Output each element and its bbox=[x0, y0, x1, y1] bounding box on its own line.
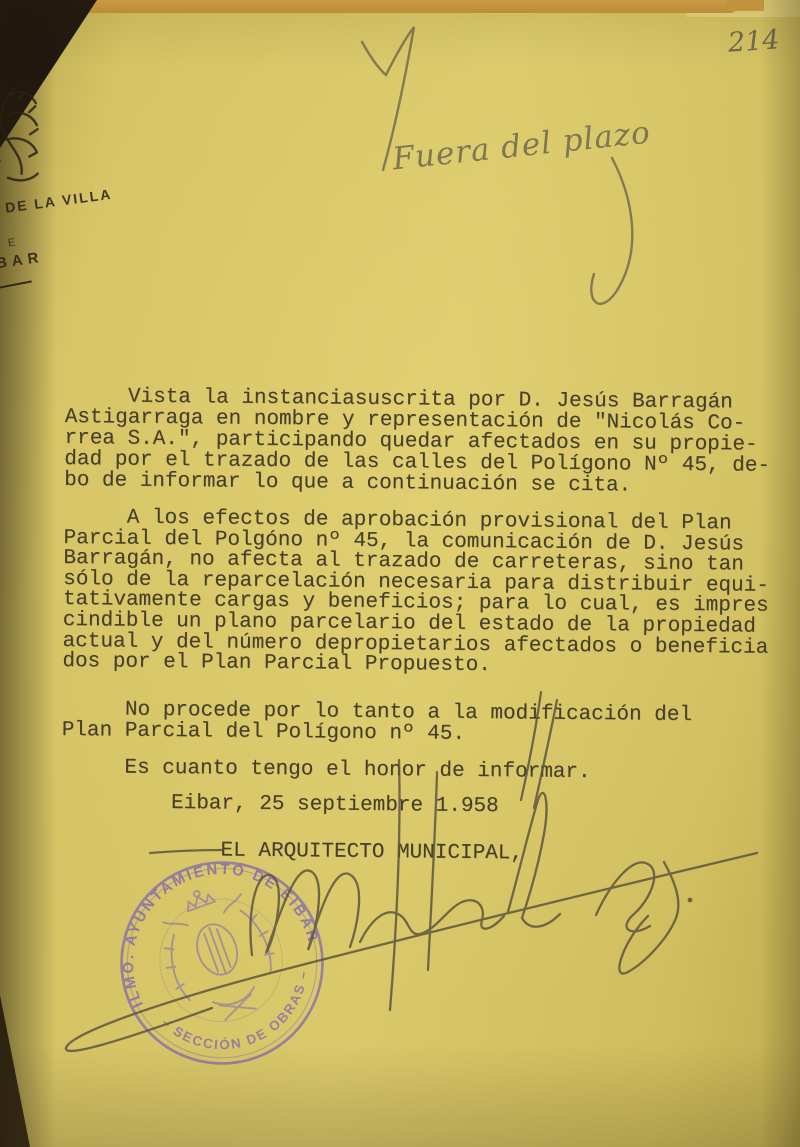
body-paragraph-2: A los efectos de aprobación provisional … bbox=[62, 508, 769, 680]
body-paragraph-4: Es cuanto tengo el honor de informar. bbox=[61, 757, 590, 783]
scanned-document-photo: O DE LA VILLA E BAR 214 Fuera del plazo … bbox=[0, 0, 800, 1147]
document-page: O DE LA VILLA E BAR 214 Fuera del plazo … bbox=[0, 0, 800, 1147]
typewritten-line: Es cuanto tengo el honor de informar. bbox=[61, 757, 590, 783]
dateline: Eibar, 25 septiembre 1.958 bbox=[171, 792, 499, 818]
body-paragraph-1: Vista la instanciasuscrita por D. Jesús … bbox=[64, 386, 771, 498]
page-number: 214 bbox=[727, 24, 781, 59]
body-paragraph-3: No procede por lo tanto a la modificació… bbox=[62, 699, 692, 747]
